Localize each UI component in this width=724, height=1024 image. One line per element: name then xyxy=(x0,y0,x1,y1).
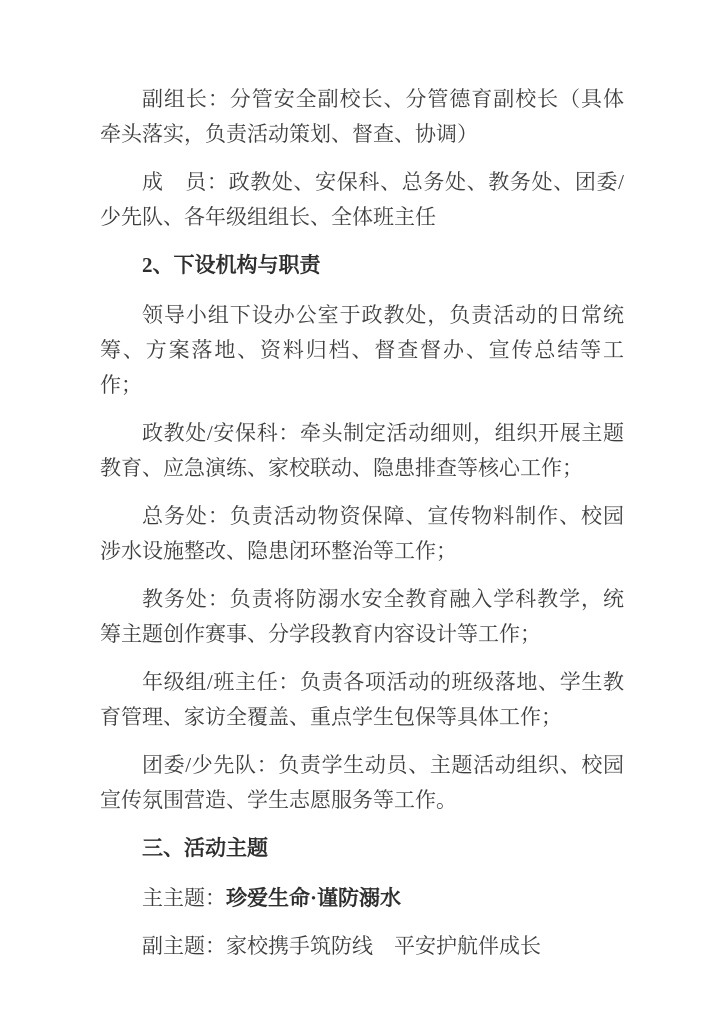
paragraph-office-duty: 领导小组下设办公室于政教处，负责活动的日常统筹、方案落地、资料归档、督查督办、宣… xyxy=(100,298,624,403)
paragraph-jiaowu-duty: 教务处：负责将防溺水安全教育融入学科教学，统筹主题创作赛事、分学段教育内容设计等… xyxy=(100,582,624,652)
paragraph-deputy-leader: 副组长：分管安全副校长、分管德育副校长（具体牵头落实，负责活动策划、督查、协调） xyxy=(100,82,624,152)
heading-activity-theme: 三、活动主题 xyxy=(100,831,624,866)
paragraph-members: 成 员：政教处、安保科、总务处、教务处、团委/少先队、各年级组组长、全体班主任 xyxy=(100,165,624,235)
paragraph-zhengjiao-anbao-duty: 政教处/安保科：牵头制定活动细则，组织开展主题教育、应急演练、家校联动、隐患排查… xyxy=(100,416,624,486)
paragraph-sub-theme: 副主题：家校携手筑防线 平安护航伴成长 xyxy=(100,929,624,964)
paragraph-grade-class-duty: 年级组/班主任：负责各项活动的班级落地、学生教育管理、家访全覆盖、重点学生包保等… xyxy=(100,665,624,735)
paragraph-main-theme: 主主题：珍爱生命·谨防溺水 xyxy=(100,881,624,916)
heading-suborgans-duties: 2、下设机构与职责 xyxy=(100,248,624,283)
main-theme-label: 主主题： xyxy=(142,886,226,910)
document-page: 副组长：分管安全副校长、分管德育副校长（具体牵头落实，负责活动策划、督查、协调）… xyxy=(0,0,724,1024)
paragraph-zongwu-duty: 总务处：负责活动物资保障、宣传物料制作、校园涉水设施整改、隐患闭环整治等工作； xyxy=(100,499,624,569)
paragraph-tuanwei-duty: 团委/少先队：负责学生动员、主题活动组织、校园宣传氛围营造、学生志愿服务等工作。 xyxy=(100,748,624,818)
main-theme-value: 珍爱生命·谨防溺水 xyxy=(226,886,401,910)
